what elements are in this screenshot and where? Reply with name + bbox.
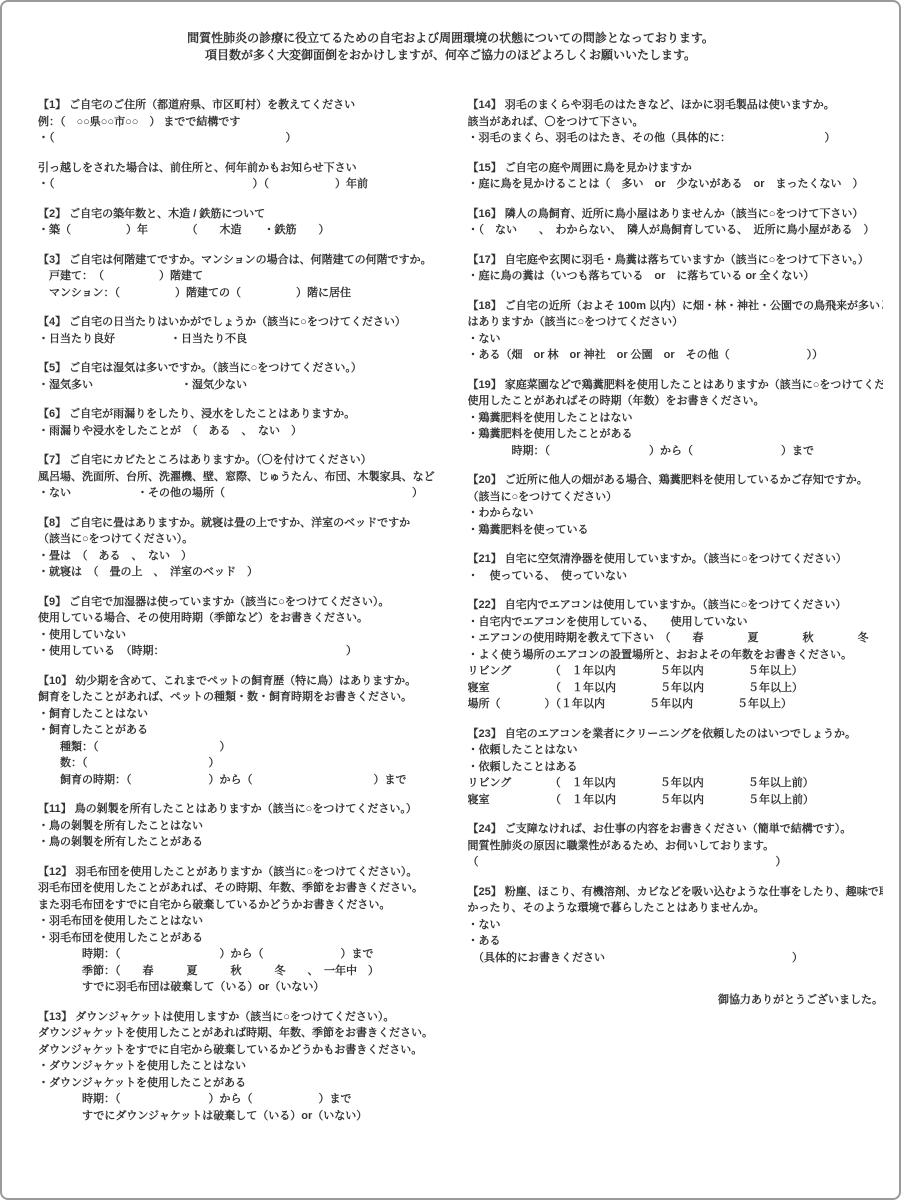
question-line: 数：（ ） — [38, 755, 454, 772]
question-line: 該当があれば、〇をつけて下さい。 — [468, 114, 884, 131]
question-line: 時期：（ ）から（ ）まで — [38, 1091, 454, 1108]
question-block: 【8】 ご自宅に畳はありますか。就寝は畳の上ですか、洋室のベッドですか（該当に○… — [38, 515, 454, 581]
question-line: 【13】 ダウンジャケットは使用しますか（該当に○をつけてください）。 — [38, 1009, 454, 1026]
question-line: 引っ越しをされた場合は、前住所と、何年前かもお知らせ下さい — [38, 160, 454, 177]
question-line: 戸建て： （ ）階建て — [38, 268, 454, 285]
question-line: 御協力ありがとうございました。 — [468, 992, 884, 1009]
question-line: 飼育の時期：（ ）から（ ）まで — [38, 772, 454, 789]
question-block: 【11】 鳥の剝製を所有したことはありますか（該当に○をつけてください。）・鳥の… — [38, 801, 454, 851]
question-line: ・鳥の剝製を所有したことはない — [38, 818, 454, 835]
question-line: マンション：（ ）階建ての（ ）階に居住 — [38, 285, 454, 302]
question-line: 【4】 ご自宅の日当たりはいかがでしょうか（該当に○をつけてください） — [38, 314, 454, 331]
question-line: 【17】 自宅庭や玄関に羽毛・鳥糞は落ちていますか（該当に○をつけて下さい。） — [468, 252, 884, 269]
question-line: 【5】 ご自宅は湿気は多いですか。（該当に○をつけてください。） — [38, 360, 454, 377]
question-line: はありますか（該当に○をつけてください） — [468, 314, 884, 331]
question-line: ・依頼したことはある — [468, 759, 884, 776]
question-line: 間質性肺炎の原因に職業性があるため、お伺いしております。 — [468, 838, 884, 855]
question-block: 【6】 ご自宅が雨漏りをしたり、浸水をしたことはありますか。・雨漏りや浸水をした… — [38, 406, 454, 439]
question-line: ・ない — [468, 917, 884, 934]
question-line: リビング （ １年以内 ５年以内 ５年以上） — [468, 663, 884, 680]
question-block: 【2】 ご自宅の築年数と、木造 / 鉄筋について・築（ ）年 （ 木造 ・鉄筋 … — [38, 206, 454, 239]
question-block: 【13】 ダウンジャケットは使用しますか（該当に○をつけてください）。ダウンジャ… — [38, 1009, 454, 1125]
question-block: 【19】 家庭菜園などで鶏糞肥料を使用したことはありますか（該当に○をつけてくだ… — [468, 377, 884, 460]
question-line: 時期：（ ）から（ ）まで — [468, 443, 884, 460]
intro-line-2: 項目数が多く大変御面倒をおかけしますが、何卒ご協力のほどよろしくお願いいたします… — [2, 47, 899, 64]
question-line: かったり、そのような環境で暮らしたことはありませんか。 — [468, 900, 884, 917]
question-block: 【1】 ご自宅のご住所（都道府県、市区町村）を教えてください例：（ ○○県○○市… — [38, 97, 454, 147]
question-line: ・雨漏りや浸水をしたことが （ ある 、 ない ） — [38, 423, 454, 440]
question-line: ・エアコンの使用時期を教えて下さい （ 春 夏 秋 冬 ） — [468, 630, 884, 647]
question-line: ・鶏糞肥料を使用したことがある — [468, 426, 884, 443]
question-line: リビング （ １年以内 ５年以内 ５年以上前） — [468, 775, 884, 792]
question-block: 引っ越しをされた場合は、前住所と、何年前かもお知らせ下さい・（ ）（ ）年前 — [38, 160, 454, 193]
question-line: ・自宅内でエアコンを使用している、 使用していない — [468, 614, 884, 631]
question-line: 【6】 ご自宅が雨漏りをしたり、浸水をしたことはありますか。 — [38, 406, 454, 423]
question-line: 【25】 粉塵、ほこり、有機溶剤、カビなどを吸い込むような仕事をしたり、趣味で取… — [468, 884, 884, 901]
question-block: 【9】 ご自宅で加湿器は使っていますか（該当に○をつけてください）。使用している… — [38, 594, 454, 660]
question-line: 【16】 隣人の鳥飼育、近所に鳥小屋はありませんか（該当に○をつけて下さい） — [468, 206, 884, 223]
question-block: 【7】 ご自宅にカビたところはありますか。（〇を付けてください）風呂場、洗面所、… — [38, 452, 454, 502]
question-line: ダウンジャケットをすでに自宅から破棄しているかどうかもお書きください。 — [38, 1042, 454, 1059]
question-line: ・鶏糞肥料を使っている — [468, 522, 884, 539]
question-line: ・ある（畑 or 林 or 神社 or 公園 or その他（ ）） — [468, 347, 884, 364]
question-block: 【17】 自宅庭や玄関に羽毛・鳥糞は落ちていますか（該当に○をつけて下さい。）・… — [468, 252, 884, 285]
question-line: 【24】 ご支障なければ、お仕事の内容をお書きください（簡単で結構です）。 — [468, 821, 884, 838]
question-line: ・鶏糞肥料を使用したことはない — [468, 410, 884, 427]
question-line: ・就寝は （ 畳の上 、 洋室のベッド ） — [38, 564, 454, 581]
question-columns: 【1】 ご自宅のご住所（都道府県、市区町村）を教えてください例：（ ○○県○○市… — [2, 97, 899, 1137]
question-line: ・羽毛布団を使用したことがある — [38, 930, 454, 947]
question-line: ・使用している （時期： ） — [38, 643, 454, 660]
question-block: 【14】 羽毛のまくらや羽毛のはたきなど、ほかに羽毛製品は使いますか。該当があれ… — [468, 97, 884, 147]
question-line: 【20】 ご近所に他人の畑がある場合、鶏糞肥料を使用しているかご存知ですか。 — [468, 472, 884, 489]
question-line: ・飼育したことがある — [38, 722, 454, 739]
question-line: 寝室 （ １年以内 ５年以内 ５年以上前） — [468, 792, 884, 809]
closing-note: 御協力ありがとうございました。 — [468, 992, 884, 1009]
question-block: 【18】 ご自宅の近所（およそ 100m 以内）に畑・林・神社・公園での鳥飛来が… — [468, 298, 884, 364]
question-block: 【25】 粉塵、ほこり、有機溶剤、カビなどを吸い込むような仕事をしたり、趣味で取… — [468, 884, 884, 967]
question-line: 【10】 幼少期を含めて、これまでペットの飼育歴（特に鳥）はありますか。 — [38, 673, 454, 690]
question-line: ・ある — [468, 933, 884, 950]
question-line: （該当に○をつけてください） — [468, 489, 884, 506]
question-line: 種類：（ ） — [38, 739, 454, 756]
question-line: 場所（ ）（１年以内 ５年以内 ５年以上） — [468, 696, 884, 713]
question-block: 【10】 幼少期を含めて、これまでペットの飼育歴（特に鳥）はありますか。飼育をし… — [38, 673, 454, 789]
question-line: ・よく使う場所のエアコンの設置場所と、おおよその年数をお書きください。 — [468, 647, 884, 664]
question-line: 例：（ ○○県○○市○○ ） までで結構です — [38, 114, 454, 131]
question-line: すでにダウンジャケットは破棄して（いる）or（いない） — [38, 1108, 454, 1125]
question-block: 【22】 自宅内でエアコンは使用していますか。（該当に○をつけてください）・自宅… — [468, 597, 884, 713]
question-line: ・日当たり良好 ・日当たり不良 — [38, 331, 454, 348]
question-line: ・ダウンジャケットを使用したことがある — [38, 1075, 454, 1092]
question-block: 【5】 ご自宅は湿気は多いですか。（該当に○をつけてください。）・湿気多い ・湿… — [38, 360, 454, 393]
question-line: ・（ ない 、 わからない、 隣人が鳥飼育している、 近所に鳥小屋がある ） — [468, 222, 884, 239]
question-block: 【20】 ご近所に他人の畑がある場合、鶏糞肥料を使用しているかご存知ですか。（該… — [468, 472, 884, 538]
question-line: ・庭に鳥の糞は（いつも落ちている or に落ちている or 全くない） — [468, 268, 884, 285]
question-block: 【12】 羽毛布団を使用したことがありますか（該当に○をつけてください）。羽毛布… — [38, 864, 454, 996]
question-line: （ ） — [468, 854, 884, 871]
question-line: ・ない — [468, 331, 884, 348]
question-line: ・飼育したことはない — [38, 706, 454, 723]
question-line: （該当に○をつけてください）。 — [38, 531, 454, 548]
question-line: 時期：（ ）から（ ）まで — [38, 946, 454, 963]
question-line: ・ダウンジャケットを使用したことはない — [38, 1058, 454, 1075]
question-block: 【24】 ご支障なければ、お仕事の内容をお書きください（簡単で結構です）。間質性… — [468, 821, 884, 871]
question-line: また羽毛布団をすでに自宅から破棄しているかどうかお書きください。 — [38, 897, 454, 914]
questionnaire-page: 間質性肺炎の診療に役立てるための自宅および周囲環境の状態についての問診となってお… — [0, 0, 901, 1200]
question-line: 【22】 自宅内でエアコンは使用していますか。（該当に○をつけてください） — [468, 597, 884, 614]
intro-line-1: 間質性肺炎の診療に役立てるための自宅および周囲環境の状態についての問診となってお… — [2, 30, 899, 47]
question-line: 風呂場、洗面所、台所、洗濯機、壁、窓際、じゅうたん、布団、木製家具、など — [38, 469, 454, 486]
question-block: 【23】 自宅のエアコンを業者にクリーニングを依頼したのはいつでしょうか。・依頼… — [468, 726, 884, 809]
question-line: ・畳は （ ある 、 ない ） — [38, 548, 454, 565]
question-line: 【12】 羽毛布団を使用したことがありますか（該当に○をつけてください）。 — [38, 864, 454, 881]
question-line: ・鳥の剝製を所有したことがある — [38, 834, 454, 851]
question-line: 【23】 自宅のエアコンを業者にクリーニングを依頼したのはいつでしょうか。 — [468, 726, 884, 743]
question-line: 【19】 家庭菜園などで鶏糞肥料を使用したことはありますか（該当に○をつけてくだ… — [468, 377, 884, 394]
question-line: 【15】 ご自宅の庭や周囲に鳥を見かけますか — [468, 160, 884, 177]
right-column: 【14】 羽毛のまくらや羽毛のはたきなど、ほかに羽毛製品は使いますか。該当があれ… — [468, 97, 884, 1137]
question-line: ・依頼したことはない — [468, 742, 884, 759]
question-block: 【3】 ご自宅は何階建てですか。マンションの場合は、何階建ての何階ですか。 戸建… — [38, 252, 454, 302]
left-column: 【1】 ご自宅のご住所（都道府県、市区町村）を教えてください例：（ ○○県○○市… — [38, 97, 454, 1137]
question-line: 【11】 鳥の剝製を所有したことはありますか（該当に○をつけてください。） — [38, 801, 454, 818]
question-line: ・（ ） — [38, 130, 454, 147]
question-line: 【1】 ご自宅のご住所（都道府県、市区町村）を教えてください — [38, 97, 454, 114]
question-line: ・羽毛布団を使用したことはない — [38, 913, 454, 930]
question-line: 羽毛布団を使用したことがあれば、その時期、年数、季節をお書きください。 — [38, 880, 454, 897]
question-line: ・湿気多い ・湿気少ない — [38, 377, 454, 394]
question-line: 【14】 羽毛のまくらや羽毛のはたきなど、ほかに羽毛製品は使いますか。 — [468, 97, 884, 114]
question-line: 【3】 ご自宅は何階建てですか。マンションの場合は、何階建ての何階ですか。 — [38, 252, 454, 269]
question-block: 【16】 隣人の鳥飼育、近所に鳥小屋はありませんか（該当に○をつけて下さい）・（… — [468, 206, 884, 239]
question-line: 【7】 ご自宅にカビたところはありますか。（〇を付けてください） — [38, 452, 454, 469]
question-line: ・（ ）（ ）年前 — [38, 176, 454, 193]
question-line: 【2】 ご自宅の築年数と、木造 / 鉄筋について — [38, 206, 454, 223]
question-line: ダウンジャケットを使用したことがあれば時期、年数、季節をお書きください。 — [38, 1025, 454, 1042]
question-line: ・羽毛のまくら、羽毛のはたき、その他（具体的に： ） — [468, 130, 884, 147]
question-line: 飼育をしたことがあれば、ペットの種類・数・飼育時期をお書きください。 — [38, 689, 454, 706]
question-line: すでに羽毛布団は破棄して（いる）or（いない） — [38, 979, 454, 996]
intro-text: 間質性肺炎の診療に役立てるための自宅および周囲環境の状態についての問診となってお… — [2, 30, 899, 63]
question-line: 【8】 ご自宅に畳はありますか。就寝は畳の上ですか、洋室のベッドですか — [38, 515, 454, 532]
question-line: ・庭に鳥を見かけることは（ 多い or 少ないがある or まったくない ） — [468, 176, 884, 193]
question-line: 【21】 自宅に空気清浄器を使用していますか。（該当に○をつけてください） — [468, 551, 884, 568]
question-line: ・ 使っている、 使っていない — [468, 568, 884, 585]
question-line: ・ない ・その他の場所（ ） — [38, 485, 454, 502]
question-line: （具体的にお書きください ） — [468, 950, 884, 967]
question-line: 季節：（ 春 夏 秋 冬 、 一年中 ） — [38, 963, 454, 980]
question-line: 使用している場合、その使用時期（季節など）をお書きください。 — [38, 610, 454, 627]
question-line: 【9】 ご自宅で加湿器は使っていますか（該当に○をつけてください）。 — [38, 594, 454, 611]
question-block: 【4】 ご自宅の日当たりはいかがでしょうか（該当に○をつけてください）・日当たり… — [38, 314, 454, 347]
question-line: 寝室 （ １年以内 ５年以内 ５年以上） — [468, 680, 884, 697]
question-line: ・使用していない — [38, 627, 454, 644]
question-line: ・わからない — [468, 505, 884, 522]
question-line: ・築（ ）年 （ 木造 ・鉄筋 ） — [38, 222, 454, 239]
question-line: 【18】 ご自宅の近所（およそ 100m 以内）に畑・林・神社・公園での鳥飛来が… — [468, 298, 884, 315]
question-line: 使用したことがあればその時期（年数）をお書きください。 — [468, 393, 884, 410]
question-block: 【21】 自宅に空気清浄器を使用していますか。（該当に○をつけてください）・ 使… — [468, 551, 884, 584]
question-block: 【15】 ご自宅の庭や周囲に鳥を見かけますか・庭に鳥を見かけることは（ 多い o… — [468, 160, 884, 193]
